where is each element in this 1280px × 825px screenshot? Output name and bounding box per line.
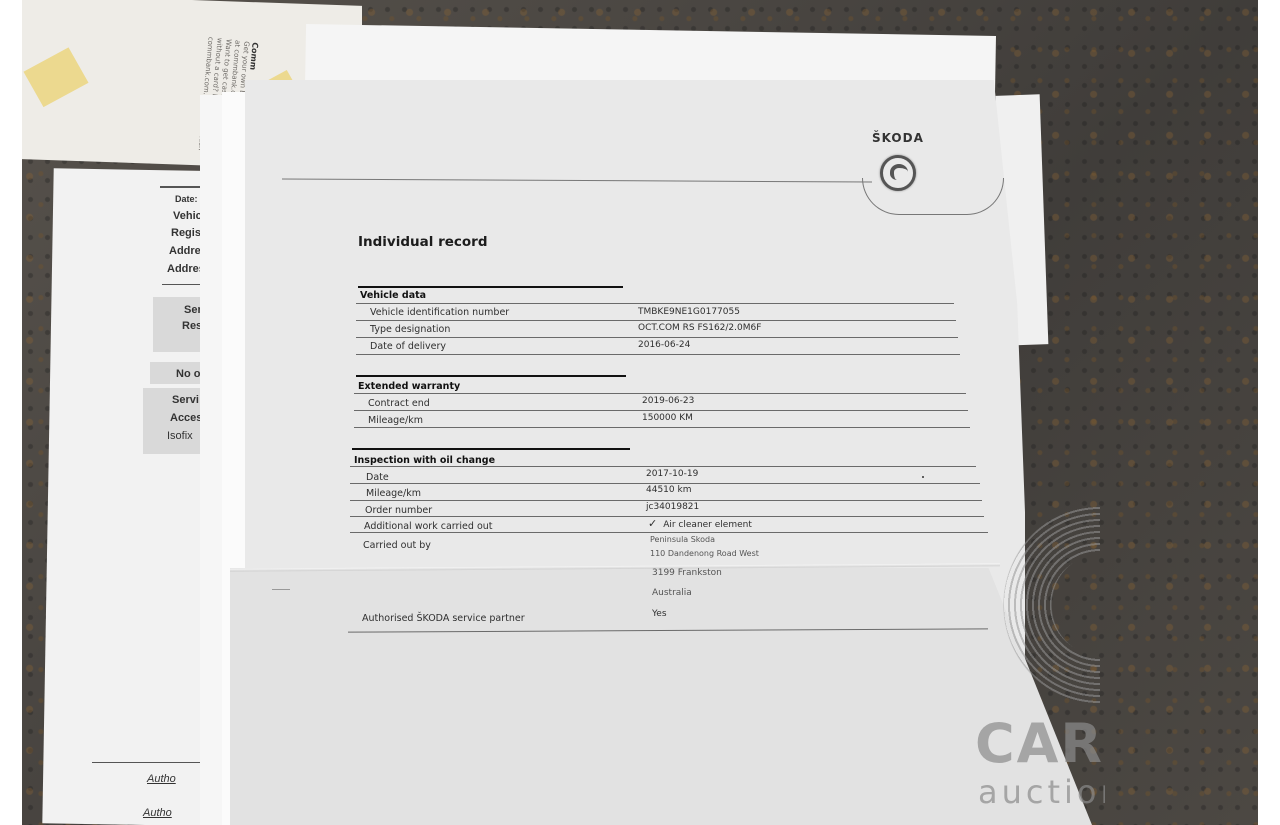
field-value-additional-work: ✓Air cleaner element (648, 517, 752, 530)
row-divider (354, 427, 970, 428)
bg-label: Autho (143, 807, 172, 819)
row-divider (350, 483, 980, 484)
field-value-vin: TMBKE9NE1G0177055 (638, 307, 740, 317)
bg-label: Date: (175, 194, 198, 204)
sticky-note (23, 47, 88, 107)
field-label: Order number (365, 505, 432, 516)
field-label: Type designation (370, 324, 450, 335)
row-divider (356, 354, 960, 355)
document-title: Individual record (358, 234, 487, 250)
field-value-contract-end: 2019-06-23 (642, 396, 694, 406)
field-value-inspection-mileage: 44510 km (646, 485, 691, 495)
row-divider (350, 500, 982, 501)
field-label: Contract end (368, 398, 430, 409)
row-divider (354, 410, 968, 411)
frame-left (0, 0, 22, 825)
bg-label: Servi (172, 394, 199, 406)
address-line: 3199 Frankston (652, 568, 722, 578)
watermark-line1: CARS (975, 712, 1105, 775)
section-title-vehicle-data: Vehicle data (360, 290, 426, 301)
address-line: Australia (652, 588, 692, 598)
bg-label: Acces (170, 412, 202, 424)
field-label: Mileage/km (366, 488, 421, 499)
watermark: CARS auctions (960, 690, 1105, 825)
field-label: Additional work carried out (364, 521, 493, 532)
section-bar (356, 375, 626, 377)
section-bar (358, 286, 623, 288)
field-value-order-number: jc34019821 (646, 502, 699, 512)
speck (272, 589, 290, 590)
bg-label: Autho (147, 773, 176, 785)
bg-label: Isofix (167, 430, 193, 442)
row-divider (356, 320, 956, 321)
field-value-type: OCT.COM RS FS162/2.0M6F (638, 323, 761, 333)
section-bar (352, 448, 630, 450)
watermark-line2: auctions (978, 773, 1105, 811)
row-divider (356, 337, 958, 338)
field-label: Date of delivery (370, 341, 446, 352)
brand-logo-text: ŠKODA (872, 131, 924, 145)
field-value-carried-out-by: Peninsula Skoda (650, 535, 715, 544)
field-value-warranty-mileage: 150000 KM (642, 413, 693, 423)
row-divider (350, 532, 988, 533)
field-label: Mileage/km (368, 415, 423, 426)
section-title-inspection: Inspection with oil change (354, 455, 495, 466)
field-label: Date (366, 472, 389, 483)
row-divider (354, 393, 966, 394)
frame-right (1258, 0, 1280, 825)
checkmark-icon: ✓ (648, 517, 657, 530)
field-value-delivery-date: 2016-06-24 (638, 340, 690, 350)
row-divider (350, 466, 976, 467)
speck (922, 476, 924, 478)
field-label: Carried out by (363, 540, 431, 551)
section-title-extended-warranty: Extended warranty (358, 381, 460, 392)
row-divider (356, 303, 954, 304)
header-curve (862, 178, 1004, 215)
field-value-inspection-date: 2017-10-19 (646, 469, 698, 479)
address-line: 110 Dandenong Road West (650, 549, 759, 558)
field-label: Vehicle identification number (370, 307, 509, 318)
field-value-authorised-partner: Yes (652, 609, 667, 619)
field-label: Authorised ŠKODA service partner (362, 613, 525, 624)
divider (92, 762, 202, 763)
